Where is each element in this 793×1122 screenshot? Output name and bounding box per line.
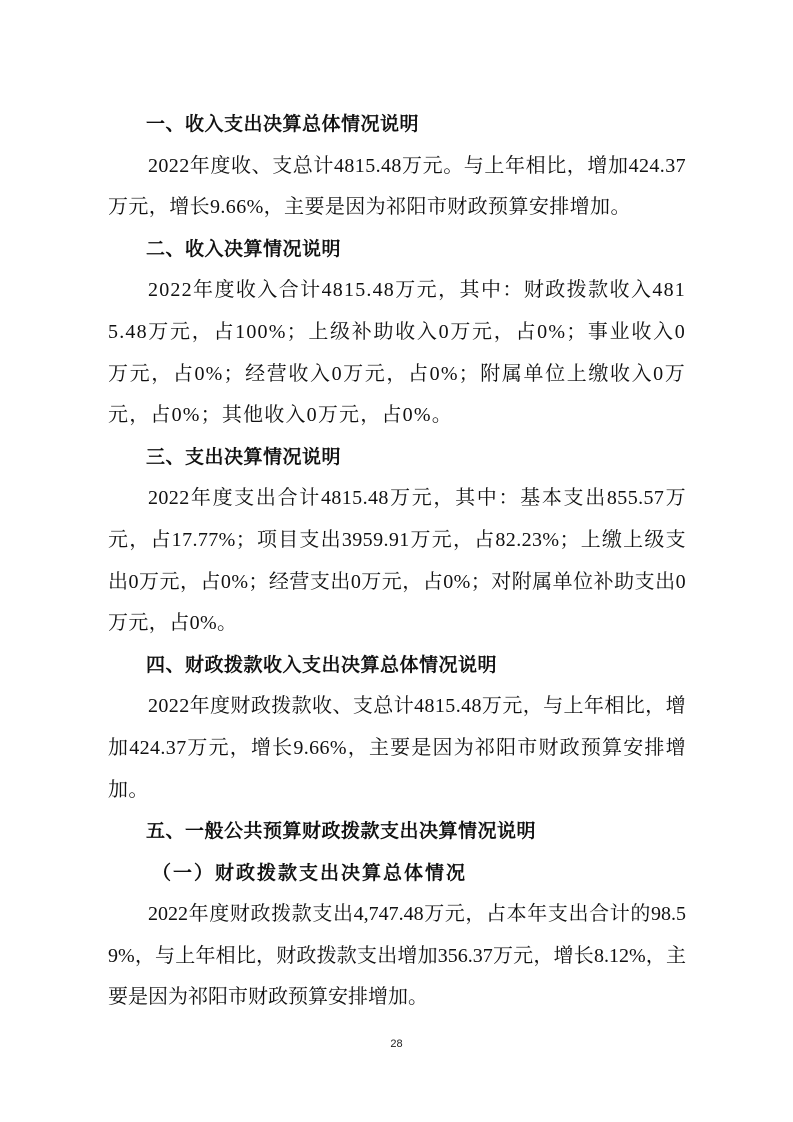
section-paragraph: 2022年度财政拨款收、支总计4815.48万元，与上年相比，增加424.37万… bbox=[108, 686, 686, 811]
section-heading: 五、一般公共预算财政拨款支出决算情况说明 bbox=[108, 811, 686, 853]
section-heading: 四、财政拨款收入支出决算总体情况说明 bbox=[108, 645, 686, 687]
section-heading: 三、支出决算情况说明 bbox=[108, 437, 686, 479]
section-subheading: （一）财政拨款支出决算总体情况 bbox=[108, 853, 686, 895]
section-heading: 一、收入支出决算总体情况说明 bbox=[108, 104, 686, 146]
section-income: 二、收入决算情况说明 2022年度收入合计4815.48万元，其中：财政拨款收入… bbox=[108, 229, 686, 437]
section-expenditure: 三、支出决算情况说明 2022年度支出合计4815.48万元，其中：基本支出85… bbox=[108, 437, 686, 645]
document-page: 一、收入支出决算总体情况说明 2022年度收、支总计4815.48万元。与上年相… bbox=[108, 104, 686, 1019]
section-paragraph: 2022年度收入合计4815.48万元，其中：财政拨款收入4815.48万元，占… bbox=[108, 270, 686, 436]
section-paragraph: 2022年度支出合计4815.48万元，其中：基本支出855.57万元，占17.… bbox=[108, 478, 686, 644]
section-general-public-budget: 五、一般公共预算财政拨款支出决算情况说明 （一）财政拨款支出决算总体情况 202… bbox=[108, 811, 686, 1019]
section-heading: 二、收入决算情况说明 bbox=[108, 229, 686, 271]
section-paragraph: 2022年度财政拨款支出4,747.48万元，占本年支出合计的98.59%，与上… bbox=[108, 894, 686, 1019]
section-fiscal-allocation-overview: 四、财政拨款收入支出决算总体情况说明 2022年度财政拨款收、支总计4815.4… bbox=[108, 645, 686, 811]
section-paragraph: 2022年度收、支总计4815.48万元。与上年相比，增加424.37万元，增长… bbox=[108, 146, 686, 229]
page-number: 28 bbox=[0, 1038, 793, 1050]
section-income-expenditure-overview: 一、收入支出决算总体情况说明 2022年度收、支总计4815.48万元。与上年相… bbox=[108, 104, 686, 229]
